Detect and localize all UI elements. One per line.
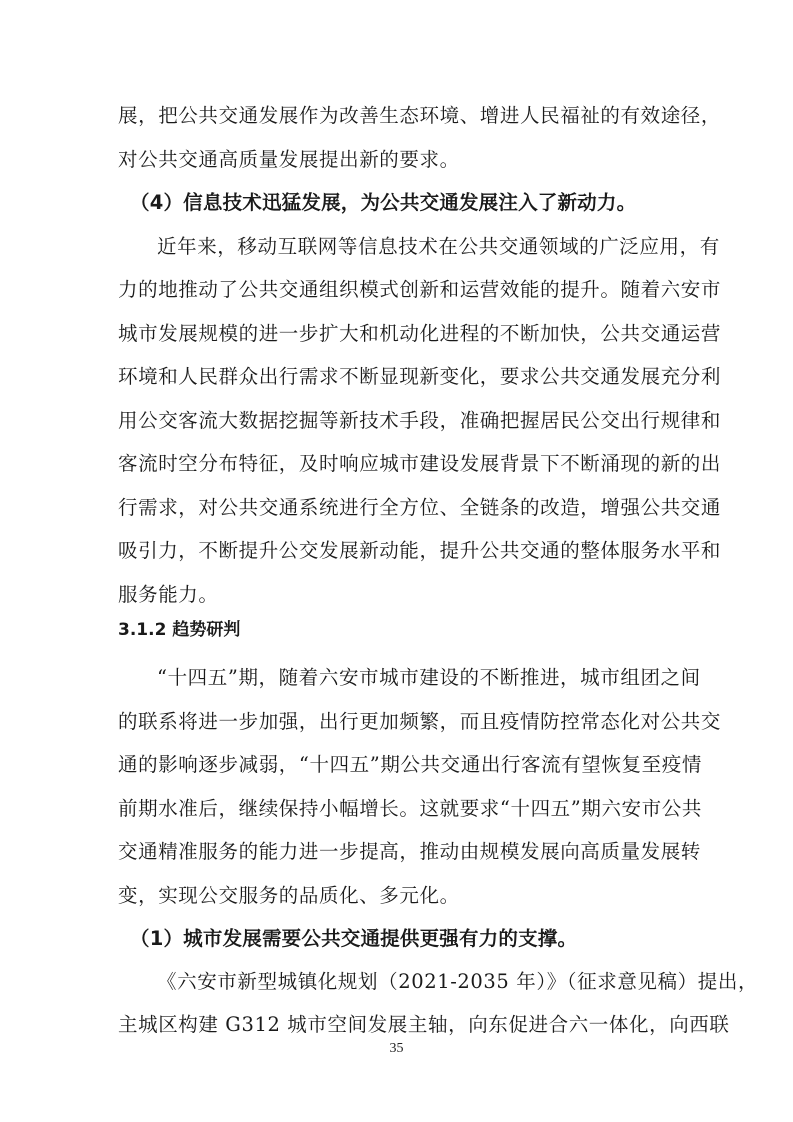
paragraph-line: “十四五”期，随着六安市城市建设的不断推进，城市组团之间 <box>157 665 678 691</box>
paragraph-line: 用公交客流大数据挖掘等新技术手段，准确把握居民公交出行规律和 <box>118 408 678 434</box>
paragraph-line: 力的地推动了公共交通组织模式创新和运营效能的提升。随着六安市 <box>118 277 678 303</box>
paragraph-line: 《六安市新型城镇化规划（2021-2035 年）》（征求意见稿）提出， <box>157 969 678 995</box>
document-page: 展，把公共交通发展作为改善生态环境、增进人民福祉的有效途径， 对公共交通高质量发… <box>0 0 793 1122</box>
section-heading: 3.1.2 趋势研判 <box>118 618 240 642</box>
paragraph-line: 展，把公共交通发展作为改善生态环境、增进人民福祉的有效途径， <box>118 103 678 129</box>
paragraph-line: 环境和人民群众出行需求不断显现新变化，要求公共交通发展充分利 <box>118 364 678 390</box>
paragraph-line: 通的影响逐步减弱，“十四五”期公共交通出行客流有望恢复至疫情 <box>118 752 678 778</box>
subheading-4: （4）信息技术迅猛发展，为公共交通发展注入了新动力。 <box>130 190 690 216</box>
paragraph-line: 主城区构建 G312 城市空间发展主轴，向东促进合六一体化，向西联 <box>118 1012 678 1038</box>
paragraph-line: 服务能力。 <box>118 582 678 608</box>
paragraph-line: 吸引力，不断提升公交发展新动能，提升公共交通的整体服务水平和 <box>118 538 678 564</box>
subheading-1: （1）城市发展需要公共交通提供更强有力的支撑。 <box>130 926 690 952</box>
paragraph-line: 近年来，移动互联网等信息技术在公共交通领域的广泛应用，有 <box>157 234 678 260</box>
page-number: 35 <box>0 1041 793 1057</box>
paragraph-line: 城市发展规模的进一步扩大和机动化进程的不断加快，公共交通运营 <box>118 321 678 347</box>
paragraph-line: 前期水准后，继续保持小幅增长。这就要求“十四五”期六安市公共 <box>118 796 678 822</box>
paragraph-line: 交通精准服务的能力进一步提高，推动由规模发展向高质量发展转 <box>118 839 678 865</box>
paragraph-line: 对公共交通高质量发展提出新的要求。 <box>118 147 678 173</box>
paragraph-line: 的联系将进一步加强，出行更加频繁，而且疫情防控常态化对公共交 <box>118 709 678 735</box>
paragraph-line: 变，实现公交服务的品质化、多元化。 <box>118 883 678 909</box>
paragraph-line: 客流时空分布特征，及时响应城市建设发展背景下不断涌现的新的出 <box>118 451 678 477</box>
paragraph-line: 行需求，对公共交通系统进行全方位、全链条的改造，增强公共交通 <box>118 495 678 521</box>
